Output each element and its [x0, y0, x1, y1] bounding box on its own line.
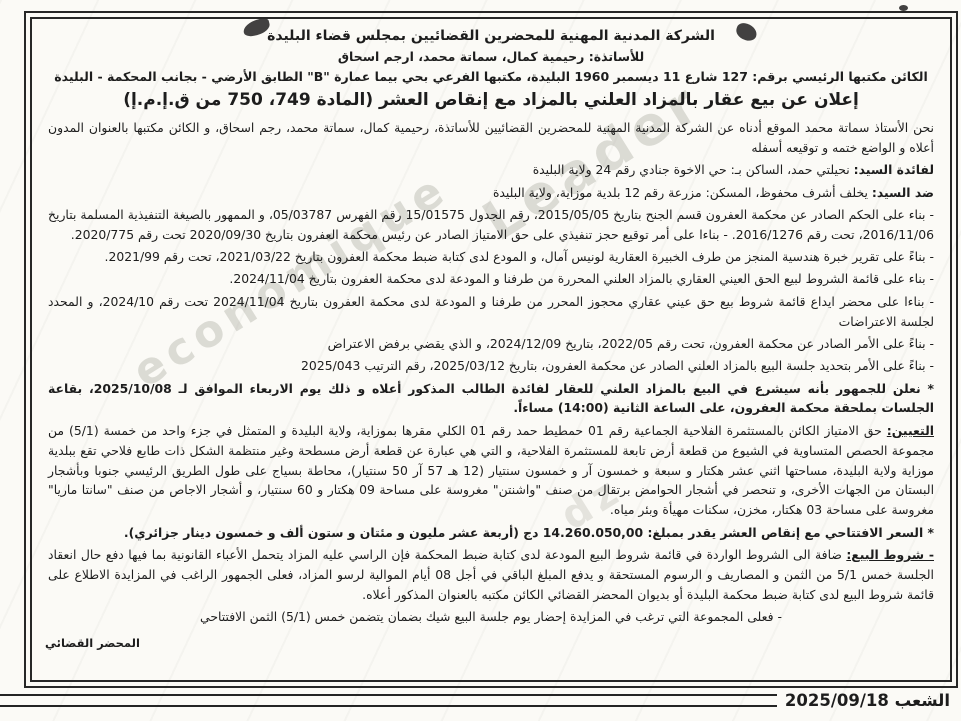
ground-paragraph: - بناء على الحكم الصادر عن محكمة العفرون… — [48, 205, 934, 245]
footer-rule — [0, 694, 777, 707]
designation-label: التعيين: — [887, 423, 934, 438]
against-line: ضد السيد: يخلف أشرف محفوظ، المسكن: مزرعة… — [48, 183, 934, 203]
notice-body: نحن الأستاذ سماتة محمد الموقع أدناه عن ا… — [48, 118, 934, 627]
ground-paragraph: - بناء على قائمة الشروط لبيع الحق العيني… — [48, 269, 934, 289]
against-value: يخلف أشرف محفوظ، المسكن: مزرعة رقم 12 بل… — [493, 185, 868, 200]
ground-paragraph: - بناءا على محضر ايداع قائمة شروط بيع حق… — [48, 292, 934, 332]
designation-paragraph: التعيين: حق الامتياز الكائن بالمستثمرة ا… — [48, 421, 934, 520]
bailiffs-names-line: للأساتذة: رحيمية كمال، سماتة محمد، ارجم … — [48, 49, 934, 64]
company-name-line: الشركة المدنية المهنية للمحضرين القضائيي… — [48, 28, 934, 44]
office-address-line: الكائن مكتبها الرئيسي برقم: 127 شارع 11 … — [48, 69, 934, 84]
final-note-line: - فعلى المجموعة التي ترغب في المزايدة إح… — [48, 607, 934, 627]
notice-title: إعلان عن بيع عقار بالمزاد العلني بالمزاد… — [48, 90, 934, 110]
beneficiary-line: لفائدة السيد: نحيلتي حمد، الساكن بـ: حي … — [48, 160, 934, 180]
sale-conditions-label: - شروط البيع: — [846, 547, 934, 562]
bailiff-signature-label: المحضر القضائي — [45, 636, 140, 650]
ground-paragraph: - بناءً على الأمر بتحديد جلسة البيع بالم… — [48, 356, 934, 376]
newspaper-footer: الشعب 2025/09/18 — [0, 687, 950, 713]
publication-date: 2025/09/18 — [785, 691, 889, 710]
intro-paragraph: نحن الأستاذ سماتة محمد الموقع أدناه عن ا… — [48, 118, 934, 158]
newspaper-name: الشعب — [895, 691, 950, 710]
ground-paragraph: - بناءً على الأمر الصادر عن محكمة العفرو… — [48, 334, 934, 354]
notice-content: الشركة المدنية المهنية للمحضرين القضائيي… — [32, 19, 950, 680]
sale-conditions-paragraph: - شروط البيع: ضافة الى الشروط الواردة في… — [48, 545, 934, 605]
beneficiary-value: نحيلتي حمد، الساكن بـ: حي الاخوة جنادي ر… — [533, 162, 850, 177]
sale-conditions-text: ضافة الى الشروط الواردة في قائمة شروط ال… — [48, 547, 934, 602]
designation-text: حق الامتياز الكائن بالمستثمرة الفلاحية ا… — [48, 423, 934, 517]
auction-announcement-line: * نعلن للجمهور بأنه سيشرع في البيع بالمز… — [48, 379, 934, 419]
notice-border-frame: الشركة المدنية المهنية للمحضرين القضائيي… — [30, 17, 952, 682]
ground-paragraph: - بناءً على تقرير خبرة هندسية المنجز من … — [48, 247, 934, 267]
beneficiary-label: لفائدة السيد: — [854, 162, 934, 177]
ink-smudge — [899, 5, 908, 11]
newspaper-name-and-date: الشعب 2025/09/18 — [785, 691, 950, 710]
against-label: ضد السيد: — [872, 185, 934, 200]
scanned-legal-notice-page: Leader economique dz الشركة المدنية المه… — [0, 0, 961, 721]
opening-price-line: * السعر الافتتاحي مع إنقاص العشر يقدر بم… — [48, 523, 934, 543]
